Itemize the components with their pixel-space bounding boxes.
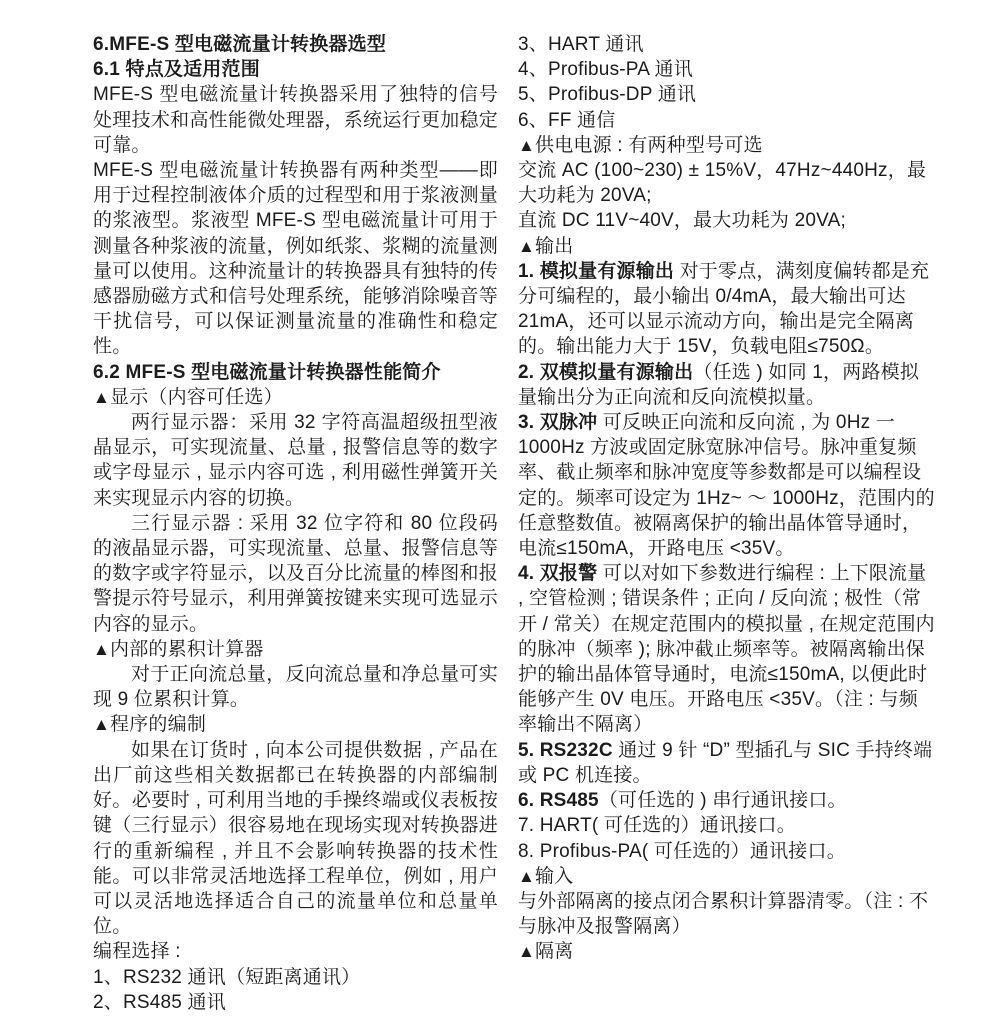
paragraph: 直流 DC 11V~40V，最大功耗为 20VA; <box>518 208 936 233</box>
section-heading: 6.1 特点及适用范围 <box>93 57 498 82</box>
document-page: 6.MFE-S 型电磁流量计转换器选型6.1 特点及适用范围MFE-S 型电磁流… <box>0 0 1000 1025</box>
paragraph: MFE-S 型电磁流量计转换器有两种类型——即用于过程控制液体介质的过程型和用于… <box>93 158 498 360</box>
item-label: 2. 双模拟量有源输出 <box>518 362 693 383</box>
item-label: 6. RS485 <box>518 790 599 811</box>
paragraph: 两行显示器：采用 32 字符高温超级扭型液晶显示，可实现流量、总量 , 报警信息… <box>93 410 498 511</box>
triangle-bullet-icon: ▲ <box>518 942 535 961</box>
paragraph: 1. 模拟量有源输出 对于零点，满刻度偏转都是充分可编程的，最小输出 0/4mA… <box>518 259 936 360</box>
item-label: 1. 模拟量有源输出 <box>518 261 674 282</box>
item-label: 3. 双脉冲 <box>518 412 597 433</box>
paragraph: 2、RS485 通讯 <box>93 990 498 1015</box>
paragraph: 8. Profibus-PA( 可任选的）通讯接口。 <box>518 839 936 864</box>
paragraph: 3、HART 通讯 <box>518 32 936 57</box>
paragraph: ▲供电电源 : 有两种型号可选 <box>518 133 936 158</box>
paragraph: ▲隔离 <box>518 939 936 964</box>
triangle-bullet-icon: ▲ <box>518 867 535 886</box>
paragraph: 4. 双报警 可以对如下参数进行编程 : 上下限流量 , 空管检测 ; 错误条件… <box>518 561 936 737</box>
paragraph: 4、Profibus-PA 通讯 <box>518 57 936 82</box>
paragraph: ▲程序的编制 <box>93 712 498 737</box>
triangle-bullet-icon: ▲ <box>518 237 535 256</box>
triangle-bullet-icon: ▲ <box>518 136 535 155</box>
paragraph: 6、FF 通信 <box>518 108 936 133</box>
paragraph: 交流 AC (100~230) ± 15%V，47Hz~440Hz，最大功耗为 … <box>518 158 936 208</box>
paragraph: 与外部隔离的接点闭合累积计算器清零。（注 : 不与脉冲及报警隔离） <box>518 889 936 939</box>
paragraph: ▲输出 <box>518 234 936 259</box>
paragraph: 5、Profibus-DP 通讯 <box>518 82 936 107</box>
paragraph: 7. HART( 可任选的）通讯接口。 <box>518 813 936 838</box>
paragraph: 2. 双模拟量有源输出（任选 ) 如同 1，两路模拟量输出分为正向流和反向流模拟… <box>518 360 936 410</box>
paragraph: 3. 双脉冲 可反映正向流和反向流 , 为 0Hz 一 1000Hz 方波或固定… <box>518 410 936 561</box>
item-label: 4. 双报警 <box>518 563 597 584</box>
paragraph: 6. RS485（可任选的 ) 串行通讯接口。 <box>518 788 936 813</box>
paragraph: 1、RS232 通讯（短距离通讯） <box>93 965 498 990</box>
triangle-bullet-icon: ▲ <box>93 715 110 734</box>
paragraph: ▲显示（内容可任选） <box>93 385 498 410</box>
section-heading: 6.MFE-S 型电磁流量计转换器选型 <box>93 32 498 57</box>
section-heading: 6.2 MFE-S 型电磁流量计转换器性能简介 <box>93 360 498 385</box>
paragraph: 5. RS232C 通过 9 针 “D” 型插孔与 SIC 手持终端或 PC 机… <box>518 738 936 788</box>
paragraph: ▲内部的累积计算器 <box>93 637 498 662</box>
triangle-bullet-icon: ▲ <box>93 640 110 659</box>
paragraph: 三行显示器 : 采用 32 位字符和 80 位段码的液晶显示器，可实现流量、总量… <box>93 511 498 637</box>
paragraph: ▲输入 <box>518 864 936 889</box>
paragraph: MFE-S 型电磁流量计转换器采用了独特的信号处理技术和高性能微处理器，系统运行… <box>93 82 498 158</box>
item-label: 5. RS232C <box>518 740 613 761</box>
left-column: 6.MFE-S 型电磁流量计转换器选型6.1 特点及适用范围MFE-S 型电磁流… <box>93 32 498 1015</box>
paragraph: 编程选择 : <box>93 939 498 964</box>
paragraph: 对于正向流总量，反向流总量和净总量可实现 9 位累积计算。 <box>93 662 498 712</box>
right-column: 3、HART 通讯4、Profibus-PA 通讯5、Profibus-DP 通… <box>518 32 936 965</box>
triangle-bullet-icon: ▲ <box>93 388 110 407</box>
paragraph: 如果在订货时 , 向本公司提供数据 , 产品在出厂前这些相关数据都已在转换器的内… <box>93 738 498 940</box>
